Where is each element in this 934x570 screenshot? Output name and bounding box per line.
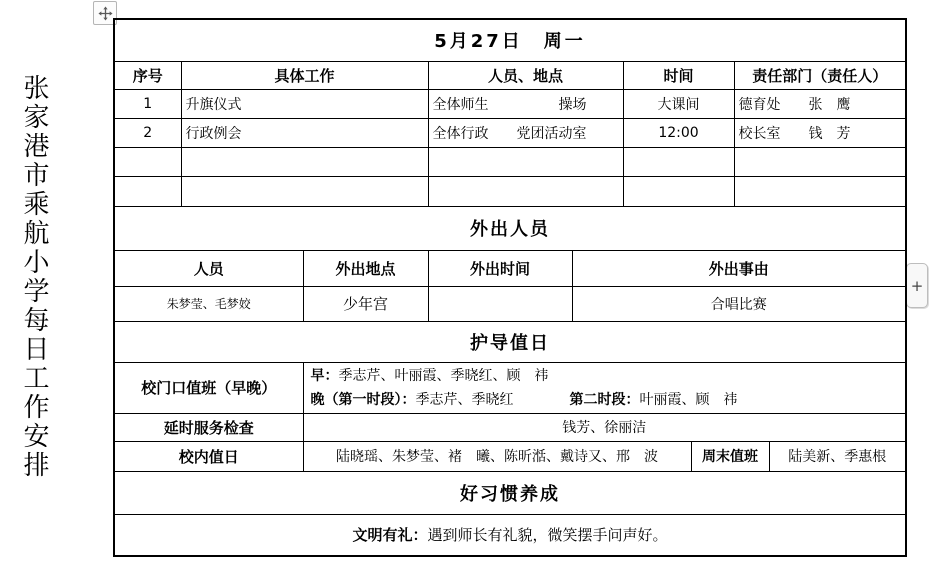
plus-icon: +	[911, 277, 924, 295]
cell-task[interactable]: 行政例会	[181, 118, 428, 147]
document-vertical-title: 张家港市乘航小学每日工作安排	[21, 74, 47, 480]
table-row: 校内值日 陆晓瑶、朱梦莹、褚 曦、陈昕湉、戴诗又、邢 波 周末值班 陆美新、季惠…	[114, 441, 906, 471]
cell-seq[interactable]	[114, 147, 181, 176]
cell-seq[interactable]: 1	[114, 89, 181, 118]
cell-people-place[interactable]: 全体行政 党团活动室	[428, 118, 623, 147]
cell-dept[interactable]	[734, 147, 906, 176]
gate-duty-content[interactable]: 早：季志芹、叶丽霞、季晓红、顾 祎 晚（第一时段）：季志芹、季晓红第二时段：叶丽…	[303, 362, 906, 413]
cell-task[interactable]	[181, 147, 428, 176]
cell-people-place[interactable]	[428, 147, 623, 176]
cell-dept[interactable]	[734, 176, 906, 206]
gate-duty-label[interactable]: 校门口值班（早晚）	[114, 362, 303, 413]
cell-people-place[interactable]	[428, 176, 623, 206]
cell-task[interactable]	[181, 176, 428, 206]
gate-duty-line1: 早：季志芹、叶丽霞、季晓红、顾 祎	[311, 364, 902, 388]
cell-time[interactable]: 大课间	[623, 89, 734, 118]
delay-check-label[interactable]: 延时服务检查	[114, 413, 303, 441]
table-row: 延时服务检查 钱芳、徐丽洁	[114, 413, 906, 441]
outing-cell-place[interactable]: 少年宫	[303, 286, 428, 321]
cell-seq[interactable]: 2	[114, 118, 181, 147]
habit-prefix: 文明有礼：	[352, 526, 427, 544]
cell-time[interactable]: 12:00	[623, 118, 734, 147]
gate-morning-prefix: 早：	[311, 368, 339, 384]
table-row: 校门口值班（早晚） 早：季志芹、叶丽霞、季晓红、顾 祎 晚（第一时段）：季志芹、…	[114, 362, 906, 413]
campus-duty-value[interactable]: 陆晓瑶、朱梦莹、褚 曦、陈昕湉、戴诗又、邢 波	[303, 441, 691, 471]
cell-people-place[interactable]: 全体师生 操场	[428, 89, 623, 118]
daily-schedule-table: 5月27日 周一 序号 具体工作 人员、地点 时间 责任部门（责任人） 1 升旗…	[113, 18, 907, 557]
gate-second-names: 叶丽霞、顾 祎	[640, 392, 738, 408]
delay-check-value[interactable]: 钱芳、徐丽洁	[303, 413, 906, 441]
outing-cell-time[interactable]	[428, 286, 572, 321]
section-title-habit[interactable]: 好习惯养成	[114, 471, 906, 514]
table-row: 朱梦莹、毛梦姣 少年宫 合唱比赛	[114, 286, 906, 321]
gate-evening-prefix: 晚（第一时段）：	[311, 392, 416, 408]
gate-second-prefix: 第二时段：	[570, 392, 640, 408]
outing-header-place[interactable]: 外出地点	[303, 250, 428, 286]
table-row	[114, 176, 906, 206]
insert-row-button[interactable]: +	[906, 263, 928, 308]
date-title-cell[interactable]: 5月27日 周一	[114, 19, 906, 61]
cell-time[interactable]	[623, 147, 734, 176]
cell-task[interactable]: 升旗仪式	[181, 89, 428, 118]
outing-cell-people[interactable]: 朱梦莹、毛梦姣	[114, 286, 303, 321]
gate-evening-names: 季志芹、季晓红	[416, 392, 514, 408]
header-seq[interactable]: 序号	[114, 61, 181, 89]
habit-content[interactable]: 文明有礼：遇到师长有礼貌，微笑摆手问声好。	[114, 514, 906, 556]
cell-time[interactable]	[623, 176, 734, 206]
gate-morning-names: 季志芹、叶丽霞、季晓红、顾 祎	[339, 368, 549, 384]
campus-duty-label[interactable]: 校内值日	[114, 441, 303, 471]
header-dept[interactable]: 责任部门（责任人）	[734, 61, 906, 89]
section-title-outing[interactable]: 外出人员	[114, 206, 906, 250]
table-row: 文明有礼：遇到师长有礼貌，微笑摆手问声好。	[114, 514, 906, 556]
cell-dept[interactable]: 德育处 张 鹰	[734, 89, 906, 118]
cell-seq[interactable]	[114, 176, 181, 206]
weekend-duty-value[interactable]: 陆美新、季惠根	[769, 441, 906, 471]
header-task[interactable]: 具体工作	[181, 61, 428, 89]
outing-cell-reason[interactable]: 合唱比赛	[572, 286, 906, 321]
table-row	[114, 147, 906, 176]
outing-header-time[interactable]: 外出时间	[428, 250, 572, 286]
table-row: 1 升旗仪式 全体师生 操场 大课间 德育处 张 鹰	[114, 89, 906, 118]
gate-duty-line2: 晚（第一时段）：季志芹、季晓红第二时段：叶丽霞、顾 祎	[311, 388, 902, 412]
section-title-escort[interactable]: 护导值日	[114, 321, 906, 362]
header-time[interactable]: 时间	[623, 61, 734, 89]
weekend-duty-label[interactable]: 周末值班	[691, 441, 769, 471]
outing-header-reason[interactable]: 外出事由	[572, 250, 906, 286]
move-arrows-icon	[98, 6, 113, 21]
header-people-place[interactable]: 人员、地点	[428, 61, 623, 89]
habit-text: 遇到师长有礼貌，微笑摆手问声好。	[428, 526, 668, 544]
cell-dept[interactable]: 校长室 钱 芳	[734, 118, 906, 147]
table-row: 2 行政例会 全体行政 党团活动室 12:00 校长室 钱 芳	[114, 118, 906, 147]
outing-header-people[interactable]: 人员	[114, 250, 303, 286]
